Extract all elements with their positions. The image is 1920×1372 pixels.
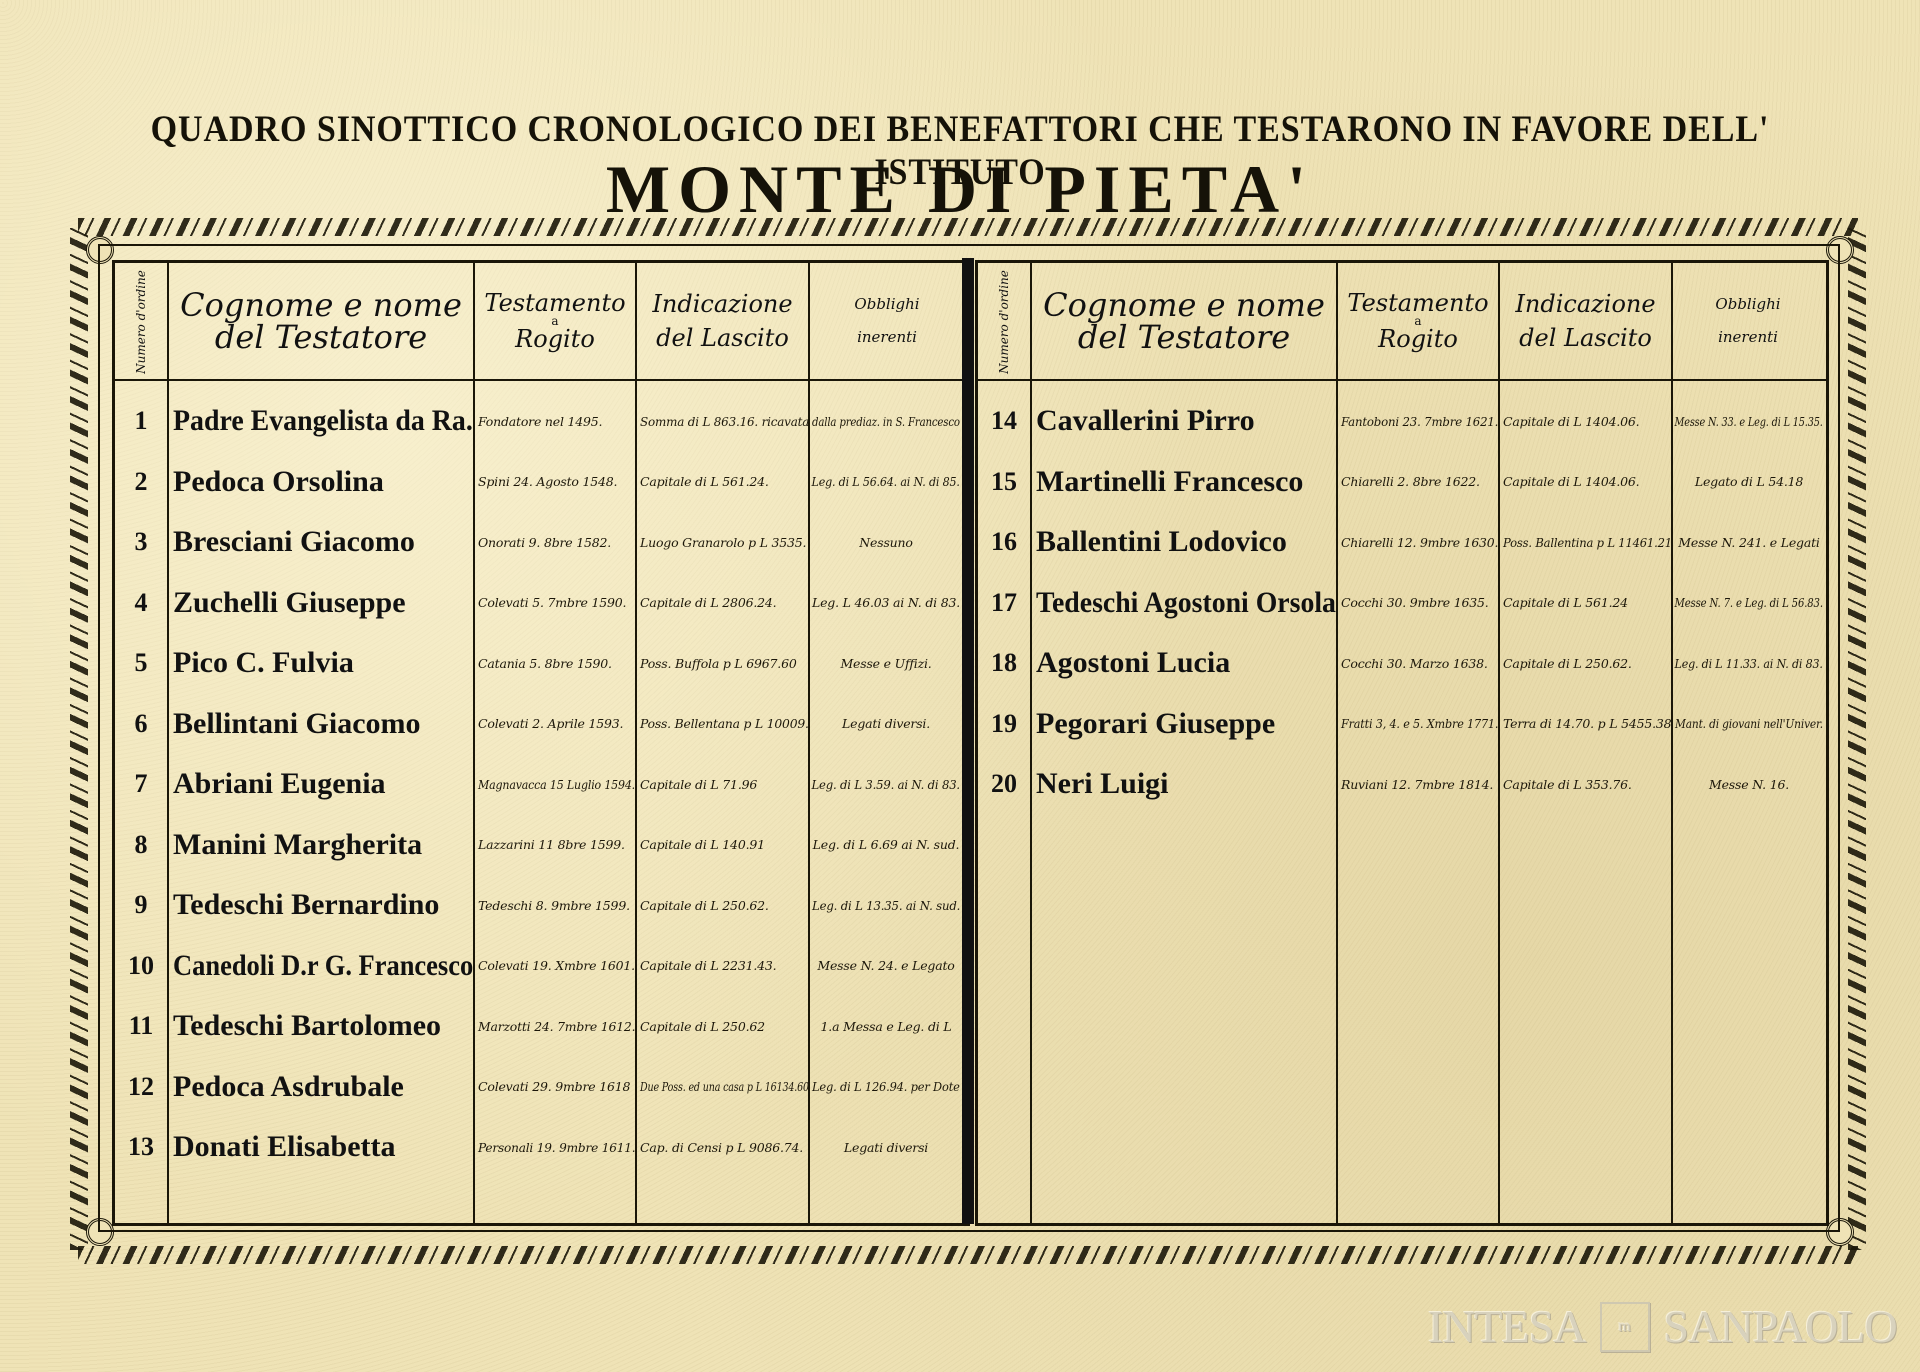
row-number: 20: [978, 754, 1030, 814]
bequest-description: Cap. di Censi p L 9086.74.: [637, 1117, 810, 1177]
bequest-description: Somma di L 863.16. ricavata: [637, 391, 810, 451]
testator-name: Cavallerini Pirro: [1032, 391, 1336, 451]
header-obligations: Obblighi inerenti: [1673, 263, 1823, 379]
obligations: Leg. di L 13.35. ai N. sud.: [810, 875, 962, 935]
bequest-description: Capitale di L 140.91: [637, 815, 810, 875]
row-number: 16: [978, 512, 1030, 572]
header-will: Testamento a Rogito: [1338, 263, 1498, 379]
testator-name: Pegorari Giuseppe: [1032, 694, 1336, 754]
table-row: 8Manini MargheritaLazzarini 11 8bre 1599…: [115, 815, 967, 875]
testator-name: Tedeschi Agostoni Orsola: [1032, 573, 1336, 633]
row-number: 2: [115, 452, 167, 512]
row-number: 11: [115, 996, 167, 1056]
table-row: 2Pedoca OrsolinaSpini 24. Agosto 1548.Ca…: [115, 452, 967, 512]
row-number: 3: [115, 512, 167, 572]
bequest-description: Capitale di L 353.76.: [1500, 754, 1673, 814]
row-number: 13: [115, 1117, 167, 1177]
bequest-description: Capitale di L 250.62.: [1500, 633, 1673, 693]
header-obligations: Obblighi inerenti: [810, 263, 964, 379]
intesa-sanpaolo-logo: INTESA m SANPAOLO: [1428, 1300, 1897, 1353]
row-number: 8: [115, 815, 167, 875]
row-number: 14: [978, 391, 1030, 451]
logo-mark-icon: m: [1600, 1302, 1650, 1352]
will-record: Colevati 29. 9mbre 1618: [475, 1057, 636, 1117]
obligations: Legato di L 54.18: [1673, 452, 1825, 512]
testator-name: Tedeschi Bartolomeo: [169, 996, 473, 1056]
row-number: 17: [978, 573, 1030, 633]
bequest-description: Poss. Buffola p L 6967.60: [637, 633, 810, 693]
bequest-description: Capitale di L 1404.06.: [1500, 452, 1673, 512]
table-row: 11Tedeschi BartolomeoMarzotti 24. 7mbre …: [115, 996, 967, 1056]
row-number: 19: [978, 694, 1030, 754]
header-number: Numero d'ordine: [983, 269, 1025, 375]
table-row: 12Pedoca AsdrubaleColevati 29. 9mbre 161…: [115, 1057, 967, 1117]
testator-name: Zuchelli Giuseppe: [169, 573, 473, 633]
bequest-description: Capitale di L 2231.43.: [637, 936, 810, 996]
row-number: 1: [115, 391, 167, 451]
border-bottom-ornament: [78, 1246, 1858, 1264]
will-record: Fantoboni 23. 7mbre 1621.: [1338, 391, 1499, 451]
obligations: Leg. di L 56.64. ai N. di 85.: [810, 452, 962, 512]
header-number: Numero d'ordine: [120, 269, 162, 375]
logo-text-right: SANPAOLO: [1664, 1300, 1897, 1353]
obligations: Messe N. 241. e Legati: [1673, 512, 1825, 572]
table-row: 7Abriani EugeniaMagnavacca 15 Luglio 159…: [115, 754, 967, 814]
obligations: Mant. di giovani nell'Univer.: [1673, 694, 1825, 754]
will-record: Chiarelli 12. 9mbre 1630.: [1338, 512, 1499, 572]
testator-name: Agostoni Lucia: [1032, 633, 1336, 693]
testator-name: Donati Elisabetta: [169, 1117, 473, 1177]
header-testator-name: Cognome e nome del Testatore: [169, 263, 473, 379]
testator-name: Canedoli D.r G. Francesco: [169, 936, 473, 996]
obligations: 1.a Messa e Leg. di L: [810, 996, 962, 1056]
testator-name: Tedeschi Bernardino: [169, 875, 473, 935]
obligations: Messe e Uffizi.: [810, 633, 962, 693]
will-record: Personali 19. 9mbre 1611.: [475, 1117, 636, 1177]
table-row: 15Martinelli FrancescoChiarelli 2. 8bre …: [978, 452, 1826, 512]
testator-name: Pedoca Asdrubale: [169, 1057, 473, 1117]
benefactors-table-right: Numero d'ordine Cognome e nome del Testa…: [975, 260, 1829, 1226]
table-row: 4Zuchelli GiuseppeColevati 5. 7mbre 1590…: [115, 573, 967, 633]
obligations: Messe N. 33. e Leg. di L 15.35.: [1673, 391, 1825, 451]
row-number: 18: [978, 633, 1030, 693]
testator-name: Ballentini Lodovico: [1032, 512, 1336, 572]
will-record: Colevati 5. 7mbre 1590.: [475, 573, 636, 633]
testator-name: Padre Evangelista da Ra.: [169, 391, 473, 451]
obligations: Messe N. 24. e Legato: [810, 936, 962, 996]
will-record: Colevati 2. Aprile 1593.: [475, 694, 636, 754]
bequest-description: Capitale di L 1404.06.: [1500, 391, 1673, 451]
header-will: Testamento a Rogito: [475, 263, 635, 379]
bequest-description: Poss. Ballentina p L 11461.21: [1500, 512, 1673, 572]
obligations: Legati diversi: [810, 1117, 962, 1177]
testator-name: Neri Luigi: [1032, 754, 1336, 814]
obligations: Legati diversi.: [810, 694, 962, 754]
testator-name: Bellintani Giacomo: [169, 694, 473, 754]
bequest-description: Capitale di L 2806.24.: [637, 573, 810, 633]
will-record: Lazzarini 11 8bre 1599.: [475, 815, 636, 875]
obligations: Leg. di L 11.33. ai N. di 83.: [1673, 633, 1825, 693]
panel-divider: [962, 258, 974, 1224]
will-record: Marzotti 24. 7mbre 1612.: [475, 996, 636, 1056]
obligations: Leg. di L 6.69 ai N. sud.: [810, 815, 962, 875]
logo-text-left: INTESA: [1428, 1300, 1586, 1353]
border-left-ornament: [70, 228, 88, 1250]
bequest-description: Due Poss. ed una casa p L 16134.60: [637, 1057, 810, 1117]
bequest-description: Capitale di L 561.24.: [637, 452, 810, 512]
bequest-description: Capitale di L 250.62.: [637, 875, 810, 935]
obligations: Leg. di L 126.94. per Dote: [810, 1057, 962, 1117]
bequest-description: Luogo Granarolo p L 3535.: [637, 512, 810, 572]
testator-name: Pico C. Fulvia: [169, 633, 473, 693]
will-record: Cocchi 30. 9mbre 1635.: [1338, 573, 1499, 633]
table-row: 19Pegorari GiuseppeFratti 3, 4. e 5. Xmb…: [978, 694, 1826, 754]
row-number: 4: [115, 573, 167, 633]
will-record: Magnavacca 15 Luglio 1594.: [475, 754, 636, 814]
obligations: Nessuno: [810, 512, 962, 572]
table-row: 14Cavallerini PirroFantoboni 23. 7mbre 1…: [978, 391, 1826, 451]
testator-name: Abriani Eugenia: [169, 754, 473, 814]
table-row: 10Canedoli D.r G. FrancescoColevati 19. …: [115, 936, 967, 996]
bequest-description: Poss. Bellentana p L 10009.: [637, 694, 810, 754]
table-row: 13Donati ElisabettaPersonali 19. 9mbre 1…: [115, 1117, 967, 1177]
will-record: Fondatore nel 1495.: [475, 391, 636, 451]
header-bequest: Indicazione del Lascito: [637, 263, 808, 379]
table-row: 1Padre Evangelista da Ra.Fondatore nel 1…: [115, 391, 967, 451]
table-row: 20Neri LuigiRuviani 12. 7mbre 1814.Capit…: [978, 754, 1826, 814]
testator-name: Manini Margherita: [169, 815, 473, 875]
obligations: Messe N. 7. e Leg. di L 56.83.: [1673, 573, 1825, 633]
header-testator-name: Cognome e nome del Testatore: [1032, 263, 1336, 379]
bequest-description: Capitale di L 250.62: [637, 996, 810, 1056]
obligations: dalla prediaz. in S. Francesco: [810, 391, 962, 451]
will-record: Colevati 19. Xmbre 1601.: [475, 936, 636, 996]
table-row: 17Tedeschi Agostoni OrsolaCocchi 30. 9mb…: [978, 573, 1826, 633]
row-number: 7: [115, 754, 167, 814]
header-bequest: Indicazione del Lascito: [1500, 263, 1671, 379]
bequest-description: Capitale di L 561.24: [1500, 573, 1673, 633]
row-number: 6: [115, 694, 167, 754]
obligations: Messe N. 16.: [1673, 754, 1825, 814]
border-right-ornament: [1848, 228, 1866, 1250]
table-row: 9Tedeschi BernardinoTedeschi 8. 9mbre 15…: [115, 875, 967, 935]
will-record: Chiarelli 2. 8bre 1622.: [1338, 452, 1499, 512]
benefactors-table-left: Numero d'ordine Cognome e nome del Testa…: [112, 260, 970, 1226]
table-row: 18Agostoni LuciaCocchi 30. Marzo 1638.Ca…: [978, 633, 1826, 693]
will-record: Onorati 9. 8bre 1582.: [475, 512, 636, 572]
table-row: 16Ballentini LodovicoChiarelli 12. 9mbre…: [978, 512, 1826, 572]
testator-name: Pedoca Orsolina: [169, 452, 473, 512]
table-row: 6Bellintani GiacomoColevati 2. Aprile 15…: [115, 694, 967, 754]
row-number: 5: [115, 633, 167, 693]
will-record: Fratti 3, 4. e 5. Xmbre 1771.: [1338, 694, 1499, 754]
row-number: 10: [115, 936, 167, 996]
will-record: Spini 24. Agosto 1548.: [475, 452, 636, 512]
row-number: 15: [978, 452, 1030, 512]
obligations: Leg. L 46.03 ai N. di 83.: [810, 573, 962, 633]
bequest-description: Capitale di L 71.96: [637, 754, 810, 814]
will-record: Tedeschi 8. 9mbre 1599.: [475, 875, 636, 935]
table-row: 5Pico C. FulviaCatania 5. 8bre 1590.Poss…: [115, 633, 967, 693]
testator-name: Bresciani Giacomo: [169, 512, 473, 572]
will-record: Ruviani 12. 7mbre 1814.: [1338, 754, 1499, 814]
obligations: Leg. di L 3.59. ai N. di 83.: [810, 754, 962, 814]
bequest-description: Terra di 14.70. p L 5455.38: [1500, 694, 1673, 754]
border-top-ornament: [78, 218, 1858, 236]
will-record: Catania 5. 8bre 1590.: [475, 633, 636, 693]
row-number: 12: [115, 1057, 167, 1117]
testator-name: Martinelli Francesco: [1032, 452, 1336, 512]
row-number: 9: [115, 875, 167, 935]
table-row: 3Bresciani GiacomoOnorati 9. 8bre 1582.L…: [115, 512, 967, 572]
will-record: Cocchi 30. Marzo 1638.: [1338, 633, 1499, 693]
